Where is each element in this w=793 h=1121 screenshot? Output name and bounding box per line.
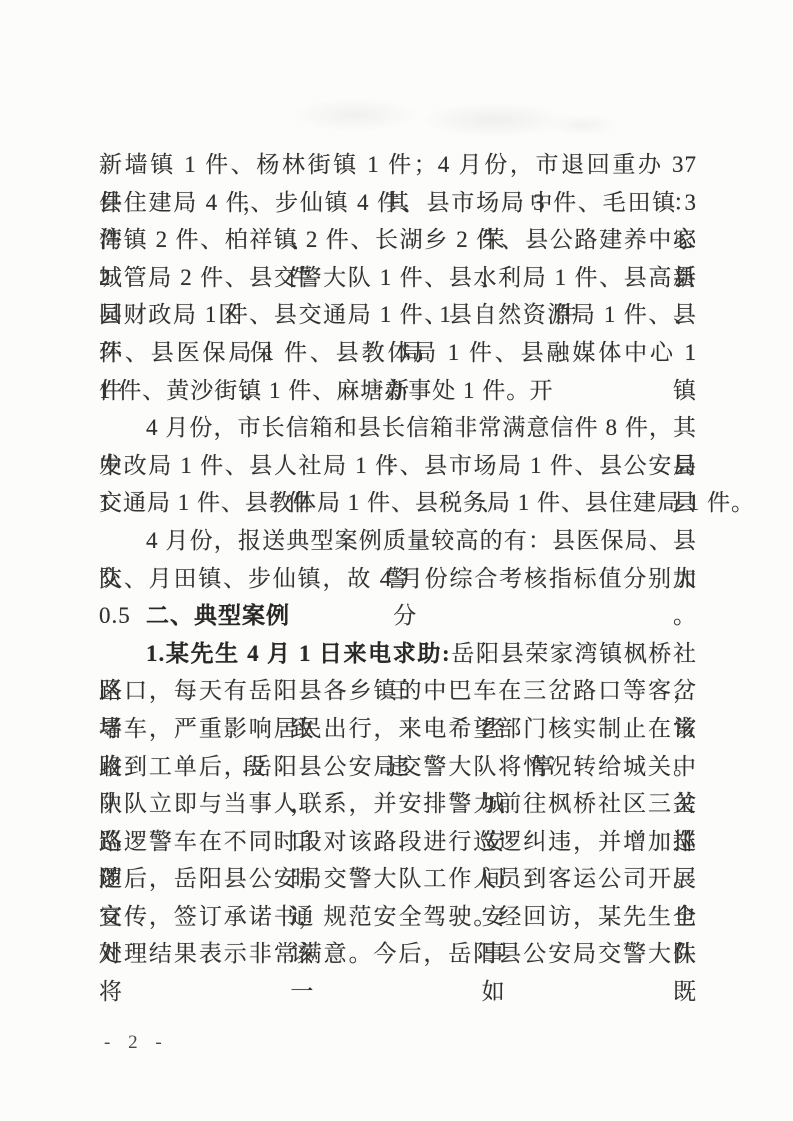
text-line: 1.某先生 4 月 1 日来电求助:岳阳县荣家湾镇枫桥社区三岔 [99,635,697,673]
scan-smudge [548,114,618,136]
document-body: 新墙镇 1 件、杨林街镇 1 件；4 月份，市退回重办 37 件，其中： 县住建… [99,146,697,973]
text-line: 交通局 1 件、县教体局 1 件、县税务局 1 件、县住建局 1 件。 [99,484,697,522]
text-line: 县财政局 1 件、县交通局 1 件、县自然资源局 1 件、县环保局 1 [99,296,697,334]
text-line: 4 月份，市长信箱和县长信箱非常满意信件 8 件，其中：县 [99,409,697,447]
text-line: 4 月份，报送典型案例质量较高的有：县医保局、县交警大 [99,522,697,560]
scanned-page: { "document": { "p1": [ "新墙镇 1 件、杨林街镇 1 … [0,0,793,1121]
text-line: 湾镇 2 件、柏祥镇 2 件、长湖乡 2 件、县公路建养中心 2 件、县 [99,221,697,259]
text-line: 宣传，签订承诺书，规范安全驾驶。经回访，某先生也对该事件 [99,898,697,936]
text-line: 处理结果表示非常满意。今后，岳阳县公安局交警大队将一如既 [99,935,697,973]
text-line: 路口，每天有岳阳县各乡镇的中巴车在三岔路口等客，导致经常 [99,672,697,710]
text-line: 新墙镇 1 件、杨林街镇 1 件；4 月份，市退回重办 37 件，其中： [99,146,697,184]
scan-smudge [290,98,420,132]
text-line: 城管局 2 件、县交警大队 1 件、县水利局 1 件、县高新园区 1 件、 [99,259,697,297]
page-number: - 2 - [104,1032,166,1054]
text-line: 件、县医保局 1 件、县教体局 1 件、县融媒体中心 1 件、新开镇 [99,334,697,372]
text-line: 县住建局 4 件、步仙镇 4 件、县市场局 3 件、毛田镇 3 件、荣家 [99,184,697,222]
case-lead-text: 1.某先生 4 月 1 日来电求助: [146,641,451,666]
text-line: 中队立即与当事人联系，并安排警力前往枫桥社区三岔路口安排 [99,785,697,823]
text-line: 随后，岳阳县公安局交警大队工作人员到客运公司开展交通安全 [99,860,697,898]
text-line: 堵车，严重影响居民出行，来电希望部门核实制止在该路段违停。 [99,710,697,748]
text-line: 巡逻警车在不同时段对该路段进行巡逻纠违，并增加巡逻时间。 [99,823,697,861]
text-line: 队、月田镇、步仙镇，故 4 月份综合考核指标值分别加 0.5 分。 [99,560,697,598]
text-line: 收到工单后，岳阳县公安局交警大队将情况转给城关中队，城关 [99,748,697,786]
scan-smudge [420,102,570,138]
text-line: 发改局 1 件、县人社局 1 件、县市场局 1 件、县公安局 1 件、县 [99,447,697,485]
